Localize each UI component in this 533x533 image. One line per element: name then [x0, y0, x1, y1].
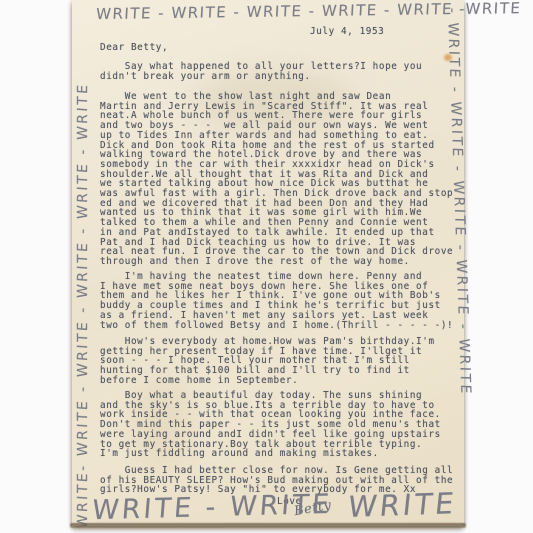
letter-paragraph: Say what happened to all your letters?I …	[100, 62, 422, 81]
handwritten-write-bottom-left: WRITE - WRITE	[91, 489, 333, 526]
letter-paragraph: We went to the show last night and saw D…	[100, 92, 453, 267]
paper-bottom-shadow	[70, 523, 466, 528]
letter-paragraph: I'm having the neatest time down here. P…	[100, 272, 453, 330]
letter-paper: WRITE - WRITE - WRITE - WRITE - WRITE -W…	[72, 0, 464, 526]
letter-paragraph: How's everybody at home.How was Pam's bi…	[100, 337, 435, 386]
letter-salutation: Dear Betty,	[100, 43, 168, 53]
scanned-letter: WRITE - WRITE - WRITE - WRITE - WRITE -W…	[0, 0, 533, 533]
letter-date: July 4, 1953	[310, 27, 384, 37]
handwritten-write-left-margin: WRITE- WRITE - WRITE - WRITE - WRITE - W…	[75, 82, 91, 529]
handwritten-write-bottom-right: WRITE	[346, 486, 458, 524]
letter-paragraph: Boy what a beautiful day today. The suns…	[100, 391, 441, 459]
